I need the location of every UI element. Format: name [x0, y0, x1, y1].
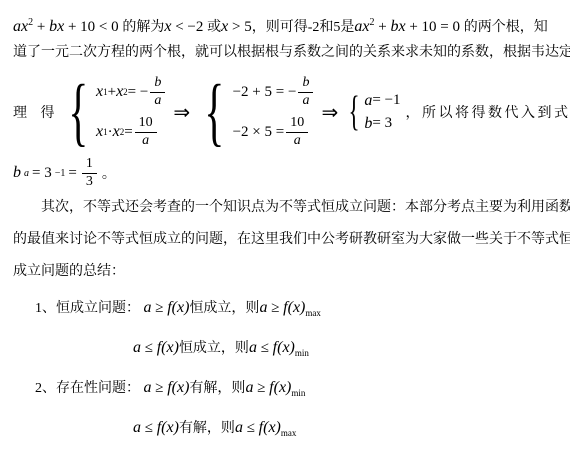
text-run: a	[249, 339, 257, 356]
para2-line1: 其次，不等式还会考查的一个知识点为不等式恒成立问题：本部分考点主要为利用函数	[13, 192, 557, 224]
text-run: 的两个根，知	[464, 20, 548, 35]
text-run: x	[116, 83, 123, 101]
left-brace: {	[68, 72, 88, 152]
text-run: b	[364, 115, 372, 133]
text-run: −2 × 5 =	[233, 124, 285, 141]
fraction-denominator: a	[298, 93, 313, 110]
fraction: 10a	[135, 115, 157, 150]
text-run: x	[96, 83, 103, 101]
para1-line1: ax2 + bx + 10 < 0 的解为x < −2 或x > 5，则可得-2…	[13, 8, 557, 38]
vieta-equation-block: 理 得 {x1 + x2 = −bax1 · x2 = 10a⇒{−2 + 5 …	[13, 70, 557, 154]
text-run: 有解，则	[189, 381, 245, 396]
equation-row: −2 × 5 = 10a	[233, 112, 316, 152]
text-run: < −2	[171, 19, 207, 35]
text-run: 1、恒成立问题：	[35, 301, 144, 316]
text-run: a	[364, 92, 372, 110]
text-run: 恒成立，则	[179, 341, 249, 356]
text-run: ≤	[141, 420, 157, 436]
text-run: a	[144, 299, 152, 316]
fraction-numerator: b	[298, 75, 313, 93]
equation-suffix-text: ，所以将得数代入到式子中得	[406, 102, 570, 122]
text-run: 。	[102, 163, 116, 183]
text-run: f(x)	[269, 379, 291, 396]
text-run: a	[24, 168, 29, 179]
equation-system: {x1 + x2 = −bax1 · x2 = 10a	[60, 72, 168, 152]
text-run: b	[13, 164, 21, 182]
item-2-continued: a ≤ f(x)有解，则a ≤ f(x)max	[133, 416, 557, 440]
text-run: + 10 < 0	[64, 19, 122, 35]
text-run: −2 + 5 = −	[233, 84, 297, 101]
text-run: = 3	[372, 115, 392, 132]
equation-rows: −2 + 5 = −ba−2 × 5 = 10a	[233, 72, 316, 152]
equation-lead-text: 理 得	[13, 102, 60, 122]
fraction: ba	[298, 75, 313, 110]
text-run: f(x)	[157, 419, 179, 436]
left-brace: {	[204, 72, 224, 152]
text-run: + 10 = 0	[406, 19, 464, 35]
text-run: ≤	[243, 420, 259, 436]
text-run: ax	[13, 18, 28, 35]
text-run: x	[96, 123, 103, 141]
equation-rows: a = −1b = 3	[364, 89, 400, 135]
text-run: ≥	[267, 300, 283, 316]
fraction-denominator: a	[138, 133, 153, 150]
text-run: ≥	[253, 380, 269, 396]
text-run: x	[113, 123, 120, 141]
fraction-denominator: a	[150, 93, 165, 110]
text-run: ，则可得-2和5是	[252, 20, 355, 35]
text-run: f(x)	[259, 419, 281, 436]
text-run: 有解，则	[179, 421, 235, 436]
implies-arrow: ⇒	[321, 100, 338, 124]
text-run: f(x)	[167, 379, 189, 396]
text-run: f(x)	[273, 339, 295, 356]
text-run: = −	[128, 84, 149, 101]
text-run: > 5	[228, 19, 251, 35]
equation-row: b = 3	[364, 112, 400, 135]
fraction-numerator: 1	[82, 156, 97, 174]
equation-row: x1 · x2 = 10a	[96, 112, 167, 152]
text-run: max	[305, 308, 321, 318]
text-run: ≤	[257, 340, 273, 356]
item-1-always-holds: 1、恒成立问题： a ≥ f(x)恒成立，则a ≥ f(x)max	[35, 296, 557, 320]
fraction-numerator: b	[150, 75, 165, 93]
equation-system: {−2 + 5 = −ba−2 × 5 = 10a	[196, 72, 315, 152]
equation-systems: {x1 + x2 = −bax1 · x2 = 10a⇒{−2 + 5 = −b…	[60, 72, 401, 152]
fraction: ba	[150, 75, 165, 110]
fraction: 10a	[286, 115, 308, 150]
fraction-denominator: 3	[82, 174, 97, 191]
fraction-numerator: 10	[286, 115, 308, 133]
text-run: = 3	[32, 165, 52, 182]
item-2-existence: 2、存在性问题： a ≥ f(x)有解，则a ≥ f(x)min	[35, 376, 557, 400]
equation-rows: x1 + x2 = −bax1 · x2 = 10a	[96, 72, 167, 152]
text-run: 的解为	[122, 20, 164, 35]
text-run: bx	[390, 18, 405, 35]
text-run: 或	[207, 20, 221, 35]
equation-system: {a = −1b = 3	[344, 89, 400, 135]
text-run: 道了一元二次方程的两个根，就可以根据根与系数之间的关系来求未知的系数，根据韦达定	[13, 45, 570, 60]
left-brace: {	[349, 89, 360, 135]
text-run: 恒成立，则	[189, 301, 259, 316]
equation-row: a = −1	[364, 89, 400, 112]
text-run: ≥	[152, 300, 168, 316]
text-run: f(x)	[157, 339, 179, 356]
text-run: ax	[354, 18, 369, 35]
text-run: 2、存在性问题：	[35, 381, 144, 396]
text-run: =	[124, 124, 132, 141]
fraction-denominator: a	[290, 133, 305, 150]
text-run: +	[375, 19, 391, 35]
text-run: a	[133, 339, 141, 356]
text-run: min	[291, 388, 305, 398]
text-run: min	[295, 348, 309, 358]
implies-arrow: ⇒	[173, 100, 190, 124]
para2-line2: 的最值来讨论不等式恒成立的问题，在这里我们中公考研教研室为大家做一些关于不等式恒	[13, 224, 557, 256]
text-run: =	[68, 165, 76, 182]
fraction-numerator: 10	[135, 115, 157, 133]
text-run: bx	[49, 18, 64, 35]
text-run: −1	[55, 168, 66, 179]
text-run: f(x)	[167, 299, 189, 316]
fraction: 13	[82, 156, 97, 191]
document-page: ax2 + bx + 10 < 0 的解为x < −2 或x > 5，则可得-2…	[0, 0, 570, 452]
text-run: = −1	[372, 92, 400, 109]
para1-line2: 道了一元二次方程的两个根，就可以根据根与系数之间的关系来求未知的系数，根据韦达定	[13, 38, 557, 68]
equation-row: x1 + x2 = −ba	[96, 72, 167, 112]
text-run: a	[144, 379, 152, 396]
text-run: max	[281, 428, 297, 438]
text-run: ≥	[152, 380, 168, 396]
text-run: +	[108, 84, 116, 101]
text-run: ≤	[141, 340, 157, 356]
equation-row: −2 + 5 = −ba	[233, 72, 316, 112]
item-1-continued: a ≤ f(x)恒成立，则a ≤ f(x)min	[133, 336, 557, 360]
text-run: a	[235, 419, 243, 436]
text-run: +	[33, 19, 49, 35]
para2-line3: 成立问题的总结：	[13, 256, 557, 288]
result-line: ba= 3−1=13。	[13, 154, 557, 192]
text-run: a	[133, 419, 141, 436]
text-run: f(x)	[283, 299, 305, 316]
